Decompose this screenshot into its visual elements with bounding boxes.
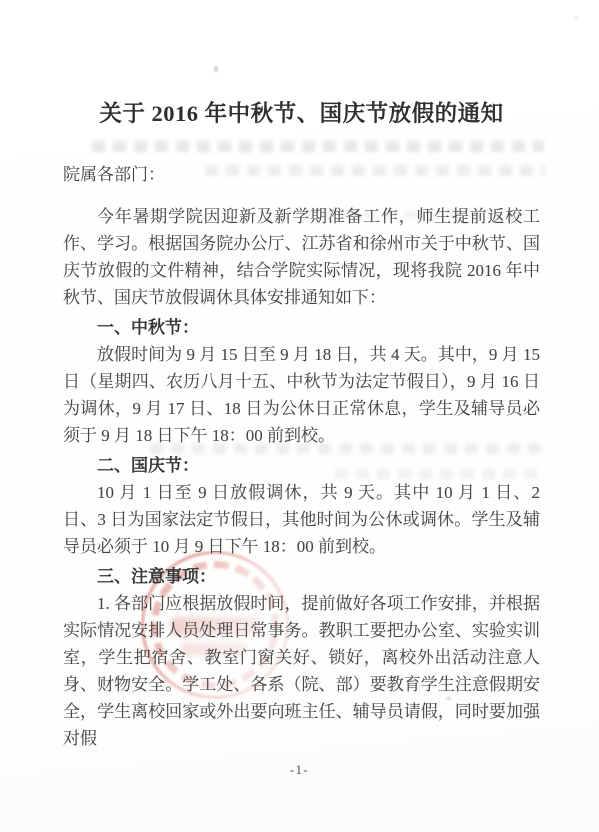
section-mid-autumn-festival: 一、中秋节： 放假时间为 9 月 15 日至 9 月 18 日，共 4 天。其中…	[63, 314, 540, 449]
section-body: 放假时间为 9 月 15 日至 9 月 18 日，共 4 天。其中，9 月 15…	[63, 341, 540, 449]
section-heading: 一、中秋节：	[63, 314, 540, 341]
scan-speck	[574, 16, 578, 19]
page-number: -1-	[0, 763, 599, 778]
section-body: 1. 各部门应根据放假时间，提前做好各项工作安排，并根据实际情况安排人员处理日常…	[63, 590, 540, 752]
section-national-day: 二、国庆节： 10 月 1 日至 9 日放假调休，共 9 天。其中 10 月 1…	[63, 452, 540, 560]
page-title: 关于 2016 年中秋节、国庆节放假的通知	[63, 0, 540, 131]
section-body: 10 月 1 日至 9 日放假调休，共 9 天。其中 10 月 1 日、2 日、…	[63, 479, 540, 560]
section-notes: 三、注意事项： 1. 各部门应根据放假时间，提前做好各项工作安排，并根据实际情况…	[63, 563, 540, 752]
intro-paragraph: 今年暑期学院因迎新及新学期准备工作，师生提前返校工作、学习。根据国务院办公厅、江…	[63, 203, 540, 311]
section-heading: 三、注意事项：	[63, 563, 540, 590]
document-body: 关于 2016 年中秋节、国庆节放假的通知 院属各部门： 今年暑期学院因迎新及新…	[63, 0, 540, 752]
salutation: 院属各部门：	[63, 161, 540, 188]
section-heading: 二、国庆节：	[63, 452, 540, 479]
scanned-notice-page: 关于 2016 年中秋节、国庆节放假的通知 院属各部门： 今年暑期学院因迎新及新…	[0, 0, 599, 832]
